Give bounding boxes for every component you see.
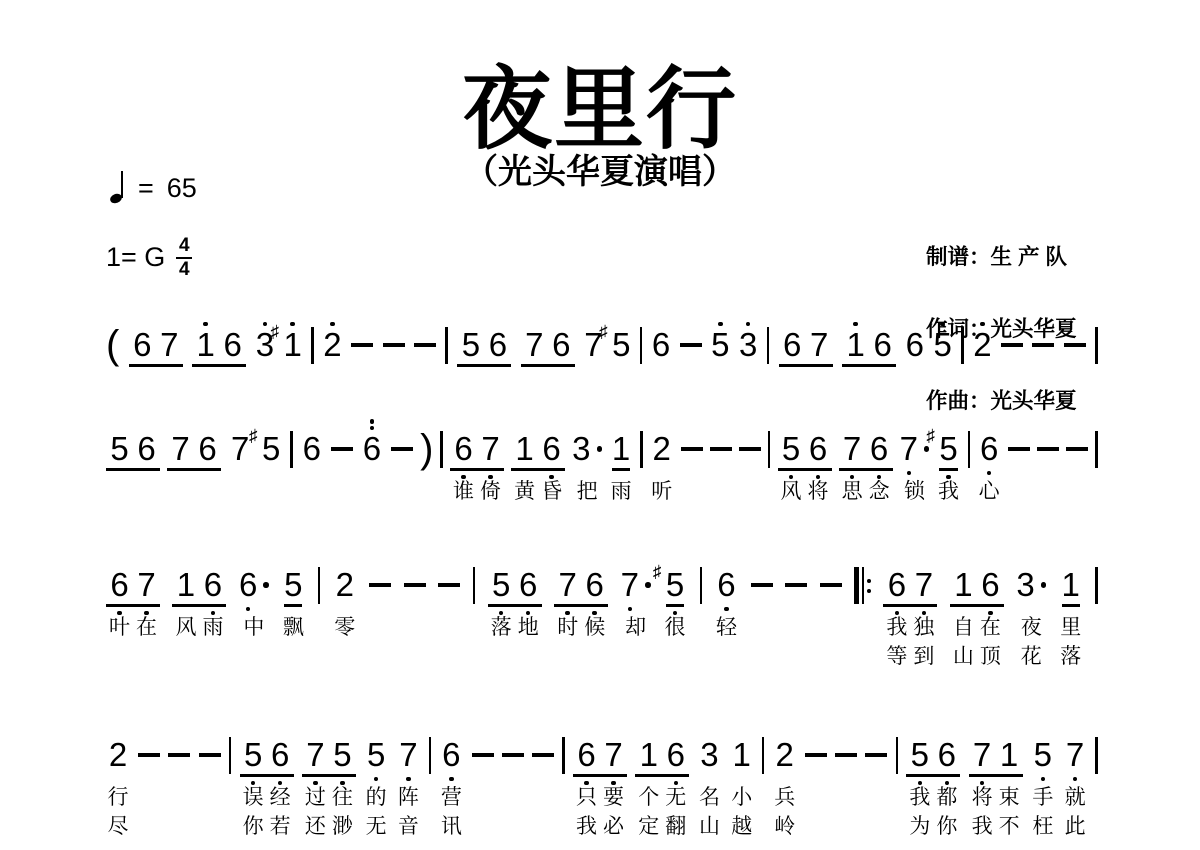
octave-dots-below — [246, 603, 251, 612]
note: 6 — [300, 422, 324, 508]
beamed-note-group: 67 — [129, 318, 183, 375]
lyric — [515, 644, 542, 673]
note-digit: 6 — [667, 737, 685, 773]
lyric — [228, 479, 252, 508]
dash-mark — [438, 583, 460, 587]
lyric: 雨 — [199, 615, 226, 644]
duration-dash — [805, 728, 827, 785]
lyric: 行 — [106, 785, 130, 814]
note-area — [820, 558, 842, 615]
lyric: 手 — [1031, 785, 1055, 814]
lyric: 束 — [996, 785, 1023, 814]
lyric: 枉 — [1031, 814, 1055, 843]
note-digit: 7 — [843, 431, 861, 467]
note-digit: 2 — [109, 737, 127, 773]
sharp-icon: ♯ — [599, 323, 608, 340]
barline-mark — [961, 327, 964, 364]
lyric: 等 — [883, 644, 910, 673]
note-area — [640, 318, 643, 375]
lyric: 雨 — [609, 479, 633, 508]
note-area: 1♯ — [284, 318, 302, 375]
note-digit: 7 — [231, 431, 249, 467]
dash-mark — [199, 753, 221, 757]
note-area — [473, 558, 476, 615]
lyric: 落 — [1059, 644, 1083, 673]
octave-dots-below — [779, 367, 833, 376]
dash-mark — [805, 753, 827, 757]
dash-mark — [739, 447, 761, 451]
duration-dash — [1064, 318, 1086, 375]
duration-dash — [1066, 422, 1088, 479]
note-digit: 2 — [973, 327, 991, 363]
octave-dots-below — [724, 603, 729, 612]
note-digit: 5 — [933, 327, 951, 363]
lyric — [554, 644, 581, 673]
note-area — [404, 558, 426, 615]
note: 5♯我 — [937, 422, 961, 508]
duration-dash — [502, 728, 524, 785]
lyric — [167, 479, 194, 508]
duration-dash — [835, 728, 857, 785]
lyric-row: 过往 — [302, 785, 356, 814]
duration-dash — [865, 728, 887, 785]
note-area — [472, 728, 494, 785]
note-area: 75 — [302, 728, 356, 785]
barline-mark — [1095, 431, 1098, 468]
note-area — [290, 422, 293, 479]
note: 7锁 — [900, 422, 930, 508]
note-digit: 7 — [160, 327, 178, 363]
beamed-note-group: 75过往还渺 — [302, 728, 356, 843]
note-digit: 5 — [1034, 737, 1052, 773]
beamed-digits: 56 — [106, 431, 160, 471]
note-area — [331, 422, 353, 479]
lyric — [106, 644, 133, 673]
lyric: 就 — [1063, 785, 1087, 814]
lyric — [106, 479, 133, 508]
beamed-note-group: 16黄昏 — [511, 422, 565, 508]
note-digit: 7 — [915, 567, 933, 603]
note-area — [351, 318, 373, 375]
note-digit: 7 — [1066, 737, 1084, 773]
barline — [1095, 422, 1098, 479]
note-digit: 1 — [640, 737, 658, 773]
lyric-row — [172, 644, 226, 673]
note-area — [681, 422, 703, 479]
note-area: 2 — [109, 728, 127, 785]
lyric-row — [167, 479, 221, 508]
dash-mark — [1032, 343, 1054, 347]
dash-mark — [820, 583, 842, 587]
barline-mark — [762, 737, 765, 774]
note: 7阵音 — [396, 728, 420, 843]
lyric — [333, 644, 357, 673]
barline — [961, 318, 964, 375]
note: 2听 — [650, 422, 674, 508]
parenthesis: ( — [106, 318, 119, 375]
augmentation-dot — [1041, 582, 1047, 588]
note-area: 67 — [573, 728, 627, 785]
note-area: 56 — [906, 728, 960, 785]
meter-denominator: 4 — [179, 260, 190, 280]
note-area — [369, 558, 391, 615]
duration-dash — [404, 558, 426, 615]
lyric-row: 叶在 — [106, 615, 160, 644]
lyric-row: 谁倚 — [450, 479, 504, 508]
beamed-note-group: 76 — [521, 318, 575, 375]
note-area: 5 — [933, 318, 951, 375]
lyric: 倚 — [477, 479, 504, 508]
beamed-note-group: 56风将 — [778, 422, 832, 508]
note-digit: 6 — [652, 327, 670, 363]
note-area: 6 — [652, 318, 670, 375]
note-area: 3 — [1016, 558, 1046, 615]
credit-composer: 作曲：光头华夏 — [926, 389, 1077, 413]
note-area — [805, 728, 827, 785]
note-area: 1 — [733, 728, 751, 785]
note-area: 67 — [129, 318, 183, 375]
note-area — [896, 728, 899, 785]
note-digit: 5 — [492, 567, 510, 603]
note-digit: 1 — [197, 327, 215, 363]
duration-dash — [681, 422, 703, 479]
lyric: 个 — [635, 785, 662, 814]
barline — [440, 422, 443, 479]
lyric: 很 — [663, 615, 687, 644]
note-area: 56 — [457, 318, 511, 375]
dash-mark — [472, 753, 494, 757]
note-area: 7 — [399, 728, 417, 785]
octave-dots-below — [449, 773, 454, 782]
note-area — [532, 728, 554, 785]
lyric: 独 — [910, 615, 937, 644]
note-area: 6 — [442, 728, 460, 785]
beamed-note-group: 56误经你若 — [240, 728, 294, 843]
duration-dash — [1008, 422, 1030, 479]
note-area — [1032, 318, 1054, 375]
note-digit: 1 — [1062, 567, 1080, 607]
barline-mark — [640, 431, 643, 468]
lyric: 都 — [933, 785, 960, 814]
note-area — [1095, 558, 1098, 615]
lyric-row: 黄昏 — [511, 479, 565, 508]
octave-dots-below — [842, 367, 896, 376]
note-area — [762, 728, 765, 785]
octave-dot — [724, 607, 729, 612]
lyric: 岭 — [773, 814, 797, 843]
lyric — [172, 644, 199, 673]
lyric: 风 — [172, 615, 199, 644]
lyric-row: 等到 — [883, 644, 937, 673]
note-stem — [121, 171, 123, 198]
barline — [562, 728, 565, 785]
note: 5手枉 — [1031, 728, 1055, 843]
barline — [762, 728, 765, 785]
octave-dots-below — [1073, 773, 1078, 782]
time-signature: 4 4 — [176, 236, 192, 280]
note-digit: 1 — [1000, 737, 1018, 773]
duration-dash — [383, 318, 405, 375]
octave-dot — [1073, 777, 1078, 782]
dash-mark — [1066, 447, 1088, 451]
lyric: 零 — [333, 615, 357, 644]
note: 6心 — [977, 422, 1001, 508]
note: 5飘 — [281, 558, 305, 673]
score-line-2: 56 76 7 5♯ 6 6 )67谁倚16黄昏3把1雨2听56风将76思念7锁… — [106, 422, 1098, 508]
note-digit: 6 — [110, 567, 128, 603]
note-area — [311, 318, 314, 375]
lyric-row: 为你 — [906, 814, 960, 843]
barline-mark — [562, 737, 565, 774]
note-area: 7 — [621, 558, 651, 615]
sharp-icon: ♯ — [926, 427, 935, 444]
lyric: 轻 — [714, 615, 738, 644]
lyric: 误 — [240, 785, 267, 814]
lyric-row: 时候 — [554, 615, 608, 644]
note: 1里落 — [1059, 558, 1083, 673]
octave-dot — [867, 579, 871, 583]
lyric: 谁 — [450, 479, 477, 508]
beamed-note-group: 67我独等到 — [883, 558, 937, 673]
note-digit: 5 — [110, 431, 128, 467]
note-digit: 6 — [577, 737, 595, 773]
note-area: 67 — [779, 318, 833, 375]
lyric: 定 — [635, 814, 662, 843]
lyric: 渺 — [329, 814, 356, 843]
note-area — [854, 558, 871, 615]
lyric: 此 — [1063, 814, 1087, 843]
lyric: 时 — [554, 615, 581, 644]
lyric-row: 我不 — [969, 814, 1023, 843]
lyric — [360, 479, 384, 508]
note-digit: 6 — [906, 327, 924, 363]
beamed-note-group: 16 — [842, 318, 896, 375]
duration-dash — [351, 318, 373, 375]
barline — [318, 558, 321, 615]
note-digit: 2 — [776, 737, 794, 773]
lyric: 地 — [515, 615, 542, 644]
repeat-sign — [854, 558, 871, 615]
note-area — [414, 318, 436, 375]
note-digit: 3 — [572, 431, 590, 467]
beamed-digits: 16 — [950, 567, 1004, 607]
lyric: 必 — [600, 814, 627, 843]
note: 6中 — [239, 558, 269, 673]
lyric: 经 — [267, 785, 294, 814]
lyric: 我 — [906, 785, 933, 814]
barline-mark — [429, 737, 432, 774]
octave-dot — [987, 471, 992, 476]
note-area — [391, 422, 413, 479]
note-area: 7 — [900, 422, 930, 479]
note-area — [562, 728, 565, 785]
lyric — [194, 479, 221, 508]
barline-mark — [1095, 567, 1098, 604]
note-area: 2 — [653, 422, 671, 479]
lyric-row: 只要 — [573, 785, 627, 814]
tempo-equals: = — [138, 173, 154, 204]
beamed-digits: 16 — [511, 431, 565, 471]
note: 5♯很 — [663, 558, 687, 673]
score-line-3: 67叶在 16风雨 6中 5飘 2零 56落地 76时候 7却 5♯很 6轻 6… — [106, 558, 1098, 673]
lyric: 风 — [778, 479, 805, 508]
note-area: 3 — [572, 422, 602, 479]
lyric: 花 — [1019, 644, 1043, 673]
lyric — [281, 644, 305, 673]
note-area — [767, 318, 770, 375]
note-digit: 5 — [911, 737, 929, 773]
duration-dash — [472, 728, 494, 785]
tempo-bpm: 65 — [167, 173, 197, 204]
note-digit: 6 — [981, 567, 999, 603]
lyric: 兵 — [773, 785, 797, 814]
note-digit: 2 — [323, 327, 341, 363]
duration-dash — [391, 422, 413, 479]
note-area — [1001, 318, 1023, 375]
tempo-marking: = 65 — [110, 170, 197, 206]
octave-dots-below — [521, 367, 575, 376]
note-digit: 6 — [542, 431, 560, 467]
beamed-digits: 67 — [573, 737, 627, 777]
duration-dash — [331, 422, 353, 479]
note-area — [835, 728, 857, 785]
note-digit: 1 — [846, 327, 864, 363]
lyric: 越 — [730, 814, 754, 843]
note-area — [640, 422, 643, 479]
lyric: 尽 — [106, 814, 130, 843]
lyric: 我 — [883, 615, 910, 644]
lyric-row — [106, 479, 160, 508]
lyric-row: 我独 — [883, 615, 937, 644]
note-area: 2 — [776, 728, 794, 785]
octave-dot — [374, 777, 379, 782]
beamed-note-group: 67谁倚 — [450, 422, 504, 508]
barline-mark — [1095, 737, 1098, 774]
beamed-note-group: 16 — [192, 318, 246, 375]
beamed-digits: 56 — [778, 431, 832, 471]
beamed-digits: 76 — [554, 567, 608, 607]
dash-mark — [681, 447, 703, 451]
barline-mark — [440, 431, 443, 468]
note: 6 — [360, 422, 384, 508]
beamed-digits: 56 — [457, 327, 511, 367]
note-area: 67 — [883, 558, 937, 615]
lyric: 叶 — [106, 615, 133, 644]
dash-mark — [785, 583, 807, 587]
lyric — [581, 644, 608, 673]
lyric-row: 定翻 — [635, 814, 689, 843]
note: 3名山 — [697, 728, 721, 843]
note-area: 1 — [612, 422, 630, 479]
note-digit: 7 — [137, 567, 155, 603]
note-area: 16 — [172, 558, 226, 615]
note-digit: 7 — [525, 327, 543, 363]
note-digit: 6 — [783, 327, 801, 363]
note-area — [1095, 422, 1098, 479]
note-area: 76 — [839, 422, 893, 479]
lyric: 过 — [302, 785, 329, 814]
dash-mark — [865, 753, 887, 757]
note-area — [445, 318, 448, 375]
note-digit: 1 — [612, 431, 630, 471]
lyric: 却 — [624, 615, 648, 644]
dash-mark — [383, 343, 405, 347]
repeat-dots — [867, 567, 871, 604]
dash-mark — [751, 583, 773, 587]
note: 3夜花 — [1016, 558, 1046, 673]
beamed-digits: 56 — [488, 567, 542, 607]
note-area — [138, 728, 160, 785]
lyric-row — [106, 644, 160, 673]
barline-mark — [968, 431, 971, 468]
barline-mark — [767, 327, 770, 364]
dash-mark — [414, 343, 436, 347]
note-area — [739, 422, 761, 479]
lyric-row: 我必 — [573, 814, 627, 843]
sharp-icon: ♯ — [271, 323, 280, 340]
beamed-digits: 16 — [172, 567, 226, 607]
sharp-icon: ♯ — [653, 563, 662, 580]
lyric — [300, 479, 324, 508]
note-area — [961, 318, 964, 375]
barline-mark — [896, 737, 899, 774]
octave-dot — [867, 589, 871, 593]
score-line-4: 2行尽56误经你若75过往还渺5的无7阵音6营讯67只要我必16个无定翻3名山1… — [106, 728, 1098, 843]
note-digit: 5♯ — [612, 327, 630, 363]
augmentation-dot — [924, 446, 930, 452]
note-area: 3 — [700, 728, 718, 785]
note-area: ) — [420, 422, 433, 479]
barline — [445, 318, 448, 375]
beamed-note-group: 56 — [106, 422, 160, 508]
beamed-digits: 75 — [302, 737, 356, 777]
note-digit: 2 — [336, 567, 354, 603]
note: 6 — [652, 318, 670, 375]
lyric: 讯 — [439, 814, 463, 843]
note-area — [438, 558, 460, 615]
lyric: 思 — [839, 479, 866, 508]
duration-dash — [739, 422, 761, 479]
note-area: 16 — [635, 728, 689, 785]
note-area — [700, 558, 703, 615]
note-digit: 5 — [284, 567, 302, 607]
note-digit: 6 — [938, 737, 956, 773]
note-area: 67 — [106, 558, 160, 615]
lyric: 要 — [600, 785, 627, 814]
lyric — [663, 644, 687, 673]
note-area: 5♯ — [939, 422, 957, 479]
beamed-note-group: 16风雨 — [172, 558, 226, 673]
note-area: 56 — [778, 422, 832, 479]
repeat-thick-bar — [854, 567, 859, 604]
beamed-note-group: 67叶在 — [106, 558, 160, 673]
lyric — [199, 644, 226, 673]
beamed-digits: 67 — [779, 327, 833, 367]
beamed-digits: 67 — [129, 327, 183, 367]
barline — [229, 728, 232, 785]
sharp-icon: ♯ — [249, 427, 258, 444]
note-area — [865, 728, 887, 785]
note-digit: 5 — [333, 737, 351, 773]
note-area: 76 — [521, 318, 575, 375]
lyric: 无 — [662, 785, 689, 814]
octave-dots-below — [628, 603, 633, 612]
dash-mark — [710, 447, 732, 451]
beamed-note-group: 71将束我不 — [969, 728, 1023, 843]
note: 2兵岭 — [773, 728, 797, 843]
note: 6轻 — [714, 558, 738, 673]
note: 7却 — [621, 558, 651, 673]
